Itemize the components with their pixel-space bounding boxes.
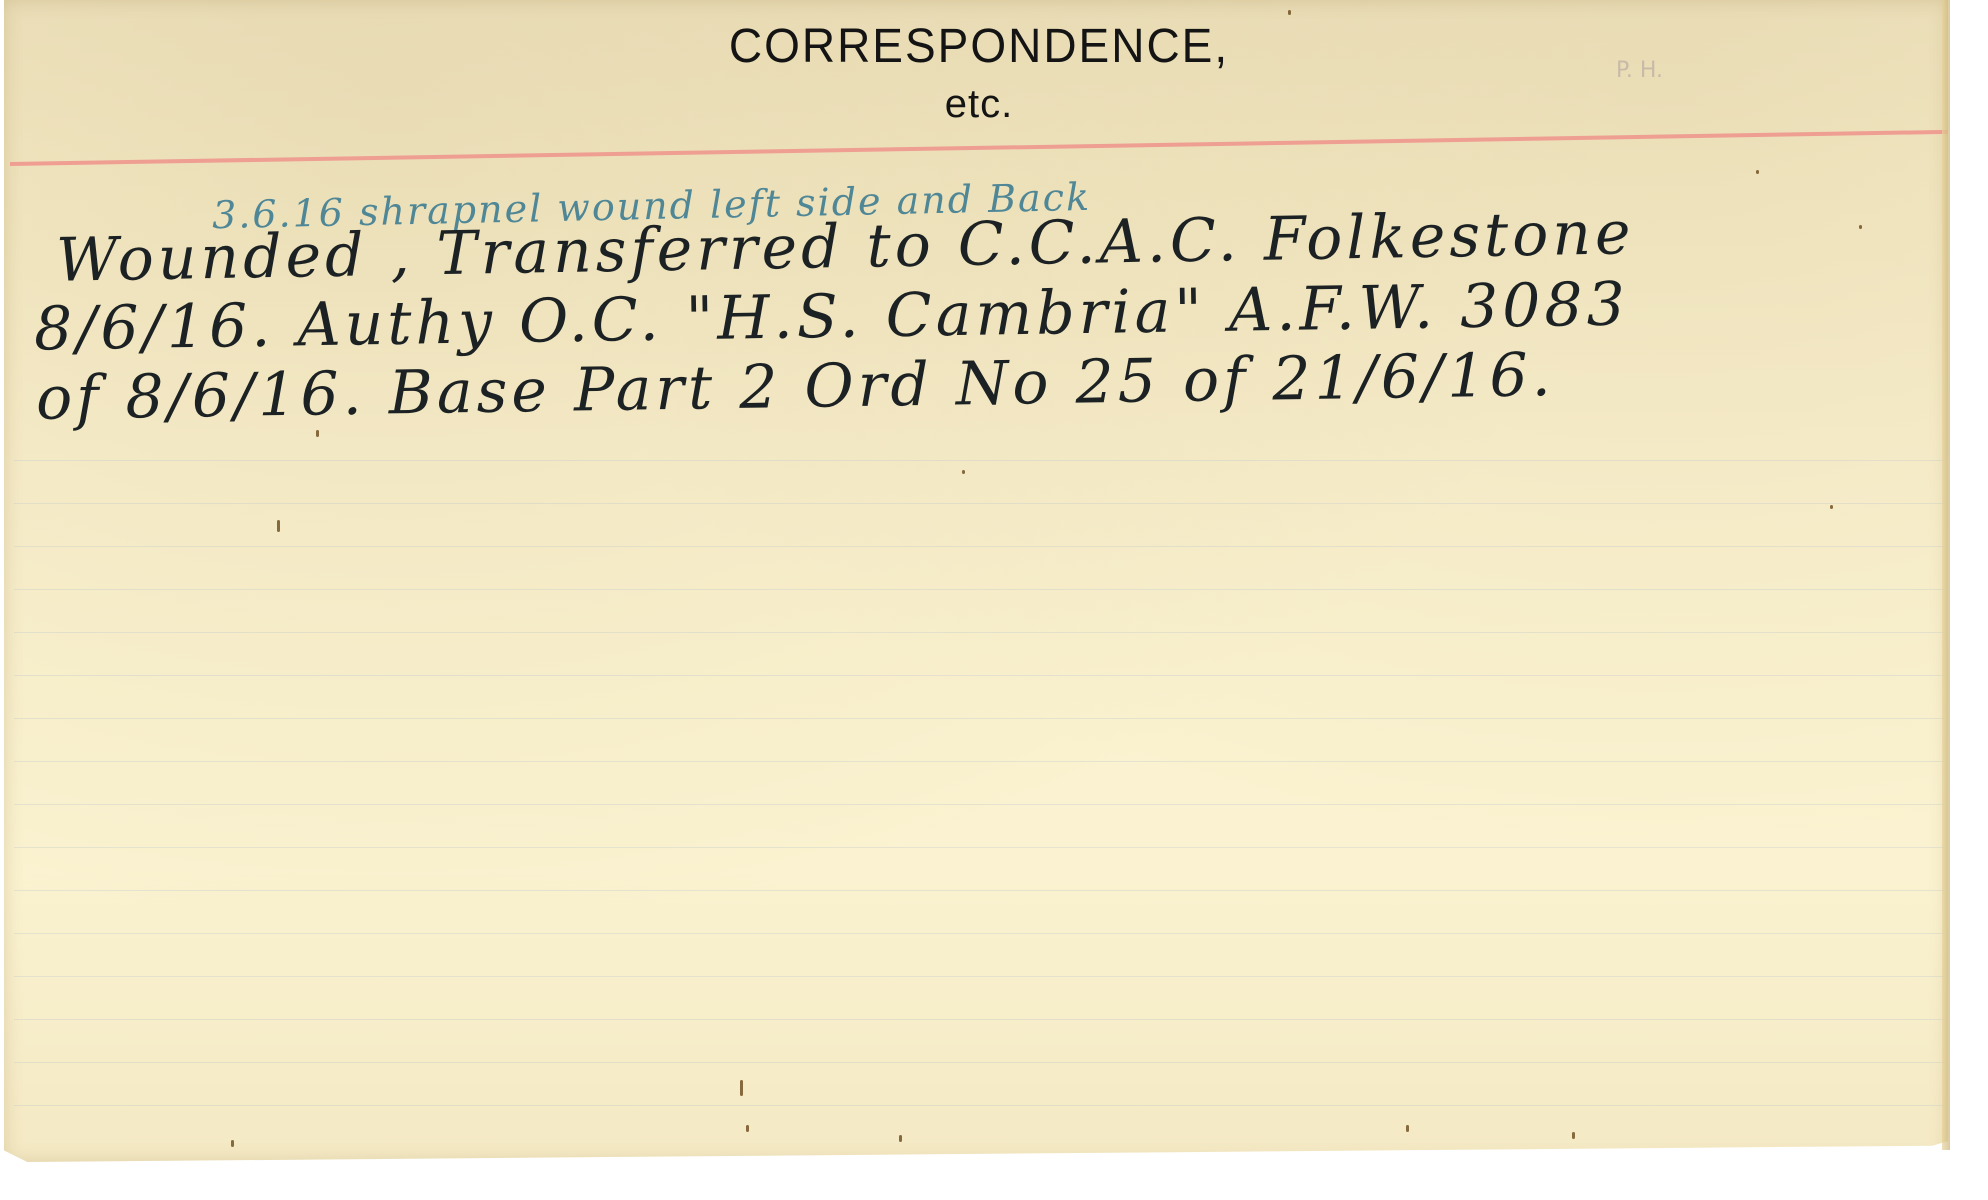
card-header-subtitle: etc. — [4, 82, 1954, 127]
ruled-line — [14, 976, 1944, 977]
ruled-line — [14, 503, 1944, 504]
ruled-line — [14, 761, 1944, 762]
paper-speck — [746, 1125, 749, 1132]
ruled-line — [14, 1062, 1944, 1063]
paper-speck — [1572, 1132, 1575, 1139]
ruled-line — [14, 804, 1944, 805]
paper-speck — [740, 1080, 743, 1096]
paper-speck — [1406, 1125, 1409, 1132]
faint-pencil-mark: P. H. — [1616, 58, 1663, 83]
paper-speck — [1830, 505, 1833, 509]
paper-speck — [1756, 170, 1759, 174]
ruled-line — [14, 890, 1944, 891]
paper-speck — [899, 1135, 902, 1142]
record-card: CORRESPONDENCE, etc. P. H. 3.6.16 shrapn… — [4, 0, 1948, 1162]
ruled-line — [14, 460, 1944, 461]
ruled-line — [14, 1105, 1944, 1106]
paper-speck — [1859, 225, 1862, 229]
paper-speck — [1288, 10, 1291, 15]
ruled-line — [14, 675, 1944, 676]
paper-speck — [277, 520, 280, 532]
paper-speck — [962, 470, 965, 474]
ruled-line — [14, 546, 1944, 547]
card-right-edge — [1942, 0, 1950, 1150]
ruled-line — [14, 589, 1944, 590]
ruled-line — [14, 847, 1944, 848]
ruled-line — [14, 632, 1944, 633]
paper-speck — [316, 430, 319, 437]
ruled-line — [14, 1019, 1944, 1020]
ruled-line — [14, 933, 1944, 934]
ruled-line — [14, 718, 1944, 719]
paper-speck — [231, 1140, 234, 1147]
red-rule-line — [10, 130, 1948, 166]
